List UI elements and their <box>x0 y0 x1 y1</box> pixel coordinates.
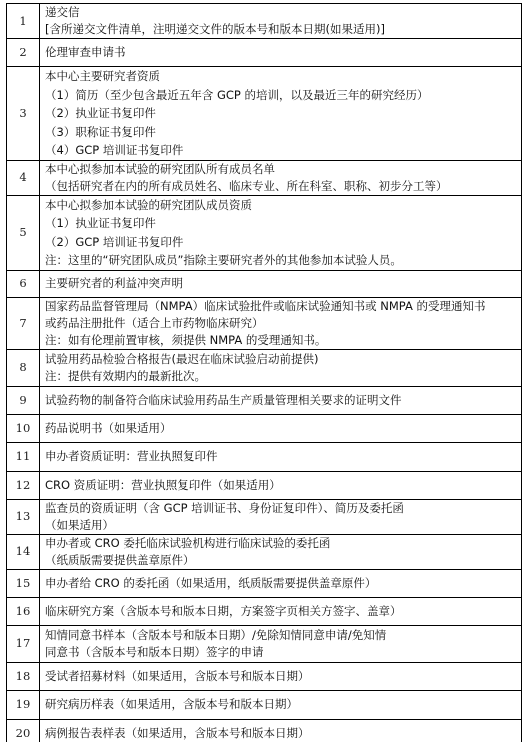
content-line: 本中心拟参加本试验的研究团队成员资质 <box>45 196 519 215</box>
row-content: 试验用药品检验合格报告(最迟在临床试验启动前提供)注：提供有效期内的最新批次。 <box>40 349 522 386</box>
row-number: 8 <box>7 349 40 386</box>
content-line: 试验药物的制备符合临床试验用药品生产质量管理相关要求的证明文件 <box>45 392 519 409</box>
row-number: 18 <box>7 662 40 690</box>
table-row: 4本中心拟参加本试验的研究团队所有成员名单（包括研究者在内的所有成员姓名、临床专… <box>7 160 522 195</box>
content-line: （如果适用） <box>45 517 519 534</box>
submission-documents-table: 1递交信[含所递交文件清单，注明递交文件的版本号和版本日期(如果适用)]2伦理审… <box>6 3 522 742</box>
content-line: 本中心主要研究者资质 <box>45 67 519 86</box>
row-number: 1 <box>7 4 40 39</box>
table-row: 13监查员的资质证明（含 GCP 培训证书、身份证复印件）、简历及委托函（如果适… <box>7 499 522 534</box>
row-number: 9 <box>7 386 40 414</box>
row-number: 6 <box>7 270 40 297</box>
row-content: 药品说明书（如果适用） <box>40 414 522 442</box>
content-line: CRO 资质证明：营业执照复印件（如果适用） <box>45 477 519 494</box>
row-content: 受试者招募材料（如果适用，含版本号和版本日期） <box>40 662 522 690</box>
table-row: 9试验药物的制备符合临床试验用药品生产质量管理相关要求的证明文件 <box>7 386 522 414</box>
row-content: 国家药品监督管理局（NMPA）临床试验批件或临床试验通知书或 NMPA 的受理通… <box>40 297 522 349</box>
table-row: 12CRO 资质证明：营业执照复印件（如果适用） <box>7 471 522 499</box>
content-line: 递交信 <box>45 4 519 21</box>
row-number: 16 <box>7 597 40 625</box>
row-number: 3 <box>7 67 40 161</box>
content-line: 注：如有伦理前置审核，须提供 NMPA 的受理通知书。 <box>45 332 519 349</box>
content-line: 申办者资质证明：营业执照复印件 <box>45 448 519 465</box>
content-line: 申办者或 CRO 委托临床试验机构进行临床试验的委托函 <box>45 535 519 552</box>
row-number: 19 <box>7 690 40 719</box>
content-line: 同意书（含版本号和版本日期）签字的申请 <box>45 644 519 661</box>
table-row: 1递交信[含所递交文件清单，注明递交文件的版本号和版本日期(如果适用)] <box>7 4 522 39</box>
row-content: 本中心拟参加本试验的研究团队成员资质（1）执业证书复印件（2）GCP 培训证书复… <box>40 195 522 270</box>
table-row: 7国家药品监督管理局（NMPA）临床试验批件或临床试验通知书或 NMPA 的受理… <box>7 297 522 349</box>
content-line: 知情同意书样本（含版本号和版本日期）/免除知情同意申请/免知情 <box>45 627 519 644</box>
row-number: 11 <box>7 442 40 471</box>
table-row: 15申办者给 CRO 的委托函（如果适用，纸质版需要提供盖章原件） <box>7 569 522 597</box>
table-body: 1递交信[含所递交文件清单，注明递交文件的版本号和版本日期(如果适用)]2伦理审… <box>7 4 522 742</box>
row-content: 病例报告表样表（如果适用，含版本号和版本日期） <box>40 719 522 742</box>
table-row: 10药品说明书（如果适用） <box>7 414 522 442</box>
row-content: 试验药物的制备符合临床试验用药品生产质量管理相关要求的证明文件 <box>40 386 522 414</box>
row-number: 7 <box>7 297 40 349</box>
content-line: 药品说明书（如果适用） <box>45 420 519 437</box>
content-line: 主要研究者的利益冲突声明 <box>45 275 519 292</box>
row-content: 申办者给 CRO 的委托函（如果适用，纸质版需要提供盖章原件） <box>40 569 522 597</box>
row-number: 10 <box>7 414 40 442</box>
row-content: 伦理审查申请书 <box>40 39 522 67</box>
row-number: 17 <box>7 625 40 662</box>
row-content: 本中心拟参加本试验的研究团队所有成员名单（包括研究者在内的所有成员姓名、临床专业… <box>40 160 522 195</box>
content-line: 研究病历样表（如果适用，含版本号和版本日期） <box>45 696 519 713</box>
table-row: 14申办者或 CRO 委托临床试验机构进行临床试验的委托函（纸质版需要提供盖章原… <box>7 534 522 569</box>
content-line: 受试者招募材料（如果适用，含版本号和版本日期） <box>45 668 519 685</box>
row-content: 本中心主要研究者资质（1）简历（至少包含最近五年含 GCP 的培训，以及最近三年… <box>40 67 522 161</box>
content-line: 病例报告表样表（如果适用，含版本号和版本日期） <box>45 725 519 742</box>
content-line: （纸质版需要提供盖章原件） <box>45 552 519 569</box>
row-number: 2 <box>7 39 40 67</box>
table-row: 18受试者招募材料（如果适用，含版本号和版本日期） <box>7 662 522 690</box>
content-line: （1）简历（至少包含最近五年含 GCP 的培训，以及最近三年的研究经历） <box>45 86 519 105</box>
row-content: CRO 资质证明：营业执照复印件（如果适用） <box>40 471 522 499</box>
row-content: 监查员的资质证明（含 GCP 培训证书、身份证复印件）、简历及委托函（如果适用） <box>40 499 522 534</box>
content-line: （2）GCP 培训证书复印件 <box>45 233 519 252</box>
row-number: 14 <box>7 534 40 569</box>
row-number: 15 <box>7 569 40 597</box>
content-line: 临床研究方案（含版本号和版本日期，方案签字页相关方签字、盖章） <box>45 603 519 620</box>
table-row: 17知情同意书样本（含版本号和版本日期）/免除知情同意申请/免知情同意书（含版本… <box>7 625 522 662</box>
table-row: 5本中心拟参加本试验的研究团队成员资质（1）执业证书复印件（2）GCP 培训证书… <box>7 195 522 270</box>
table-row: 16临床研究方案（含版本号和版本日期，方案签字页相关方签字、盖章） <box>7 597 522 625</box>
table-row: 2伦理审查申请书 <box>7 39 522 67</box>
row-number: 13 <box>7 499 40 534</box>
table-row: 8试验用药品检验合格报告(最迟在临床试验启动前提供)注：提供有效期内的最新批次。 <box>7 349 522 386</box>
row-number: 5 <box>7 195 40 270</box>
content-line: [含所递交文件清单，注明递交文件的版本号和版本日期(如果适用)] <box>45 21 519 38</box>
content-line: 注：这里的“研究团队成员”指除主要研究者外的其他参加本试验人员。 <box>45 251 519 270</box>
row-content: 研究病历样表（如果适用，含版本号和版本日期） <box>40 690 522 719</box>
content-line: 或药品注册批件（适合上市药物临床研究） <box>45 315 519 332</box>
table-row: 3本中心主要研究者资质（1）简历（至少包含最近五年含 GCP 的培训，以及最近三… <box>7 67 522 161</box>
row-content: 申办者资质证明：营业执照复印件 <box>40 442 522 471</box>
table-row: 11申办者资质证明：营业执照复印件 <box>7 442 522 471</box>
content-line: （3）职称证书复印件 <box>45 123 519 142</box>
content-line: 试验用药品检验合格报告(最迟在临床试验启动前提供) <box>45 351 519 368</box>
content-line: 本中心拟参加本试验的研究团队所有成员名单 <box>45 161 519 178</box>
content-line: 监查员的资质证明（含 GCP 培训证书、身份证复印件）、简历及委托函 <box>45 500 519 517</box>
content-line: 申办者给 CRO 的委托函（如果适用，纸质版需要提供盖章原件） <box>45 575 519 592</box>
row-content: 申办者或 CRO 委托临床试验机构进行临床试验的委托函（纸质版需要提供盖章原件） <box>40 534 522 569</box>
row-number: 20 <box>7 719 40 742</box>
row-number: 4 <box>7 160 40 195</box>
content-line: （包括研究者在内的所有成员姓名、临床专业、所在科室、职称、初步分工等） <box>45 178 519 195</box>
content-line: 注：提供有效期内的最新批次。 <box>45 368 519 385</box>
table-row: 6主要研究者的利益冲突声明 <box>7 270 522 297</box>
table-row: 19研究病历样表（如果适用，含版本号和版本日期） <box>7 690 522 719</box>
row-number: 12 <box>7 471 40 499</box>
row-content: 临床研究方案（含版本号和版本日期，方案签字页相关方签字、盖章） <box>40 597 522 625</box>
content-line: （4）GCP 培训证书复印件 <box>45 141 519 160</box>
row-content: 主要研究者的利益冲突声明 <box>40 270 522 297</box>
content-line: （2）执业证书复印件 <box>45 104 519 123</box>
table-row: 20病例报告表样表（如果适用，含版本号和版本日期） <box>7 719 522 742</box>
content-line: 国家药品监督管理局（NMPA）临床试验批件或临床试验通知书或 NMPA 的受理通… <box>45 298 519 315</box>
content-line: 伦理审查申请书 <box>45 44 519 61</box>
row-content: 知情同意书样本（含版本号和版本日期）/免除知情同意申请/免知情同意书（含版本号和… <box>40 625 522 662</box>
content-line: （1）执业证书复印件 <box>45 214 519 233</box>
row-content: 递交信[含所递交文件清单，注明递交文件的版本号和版本日期(如果适用)] <box>40 4 522 39</box>
